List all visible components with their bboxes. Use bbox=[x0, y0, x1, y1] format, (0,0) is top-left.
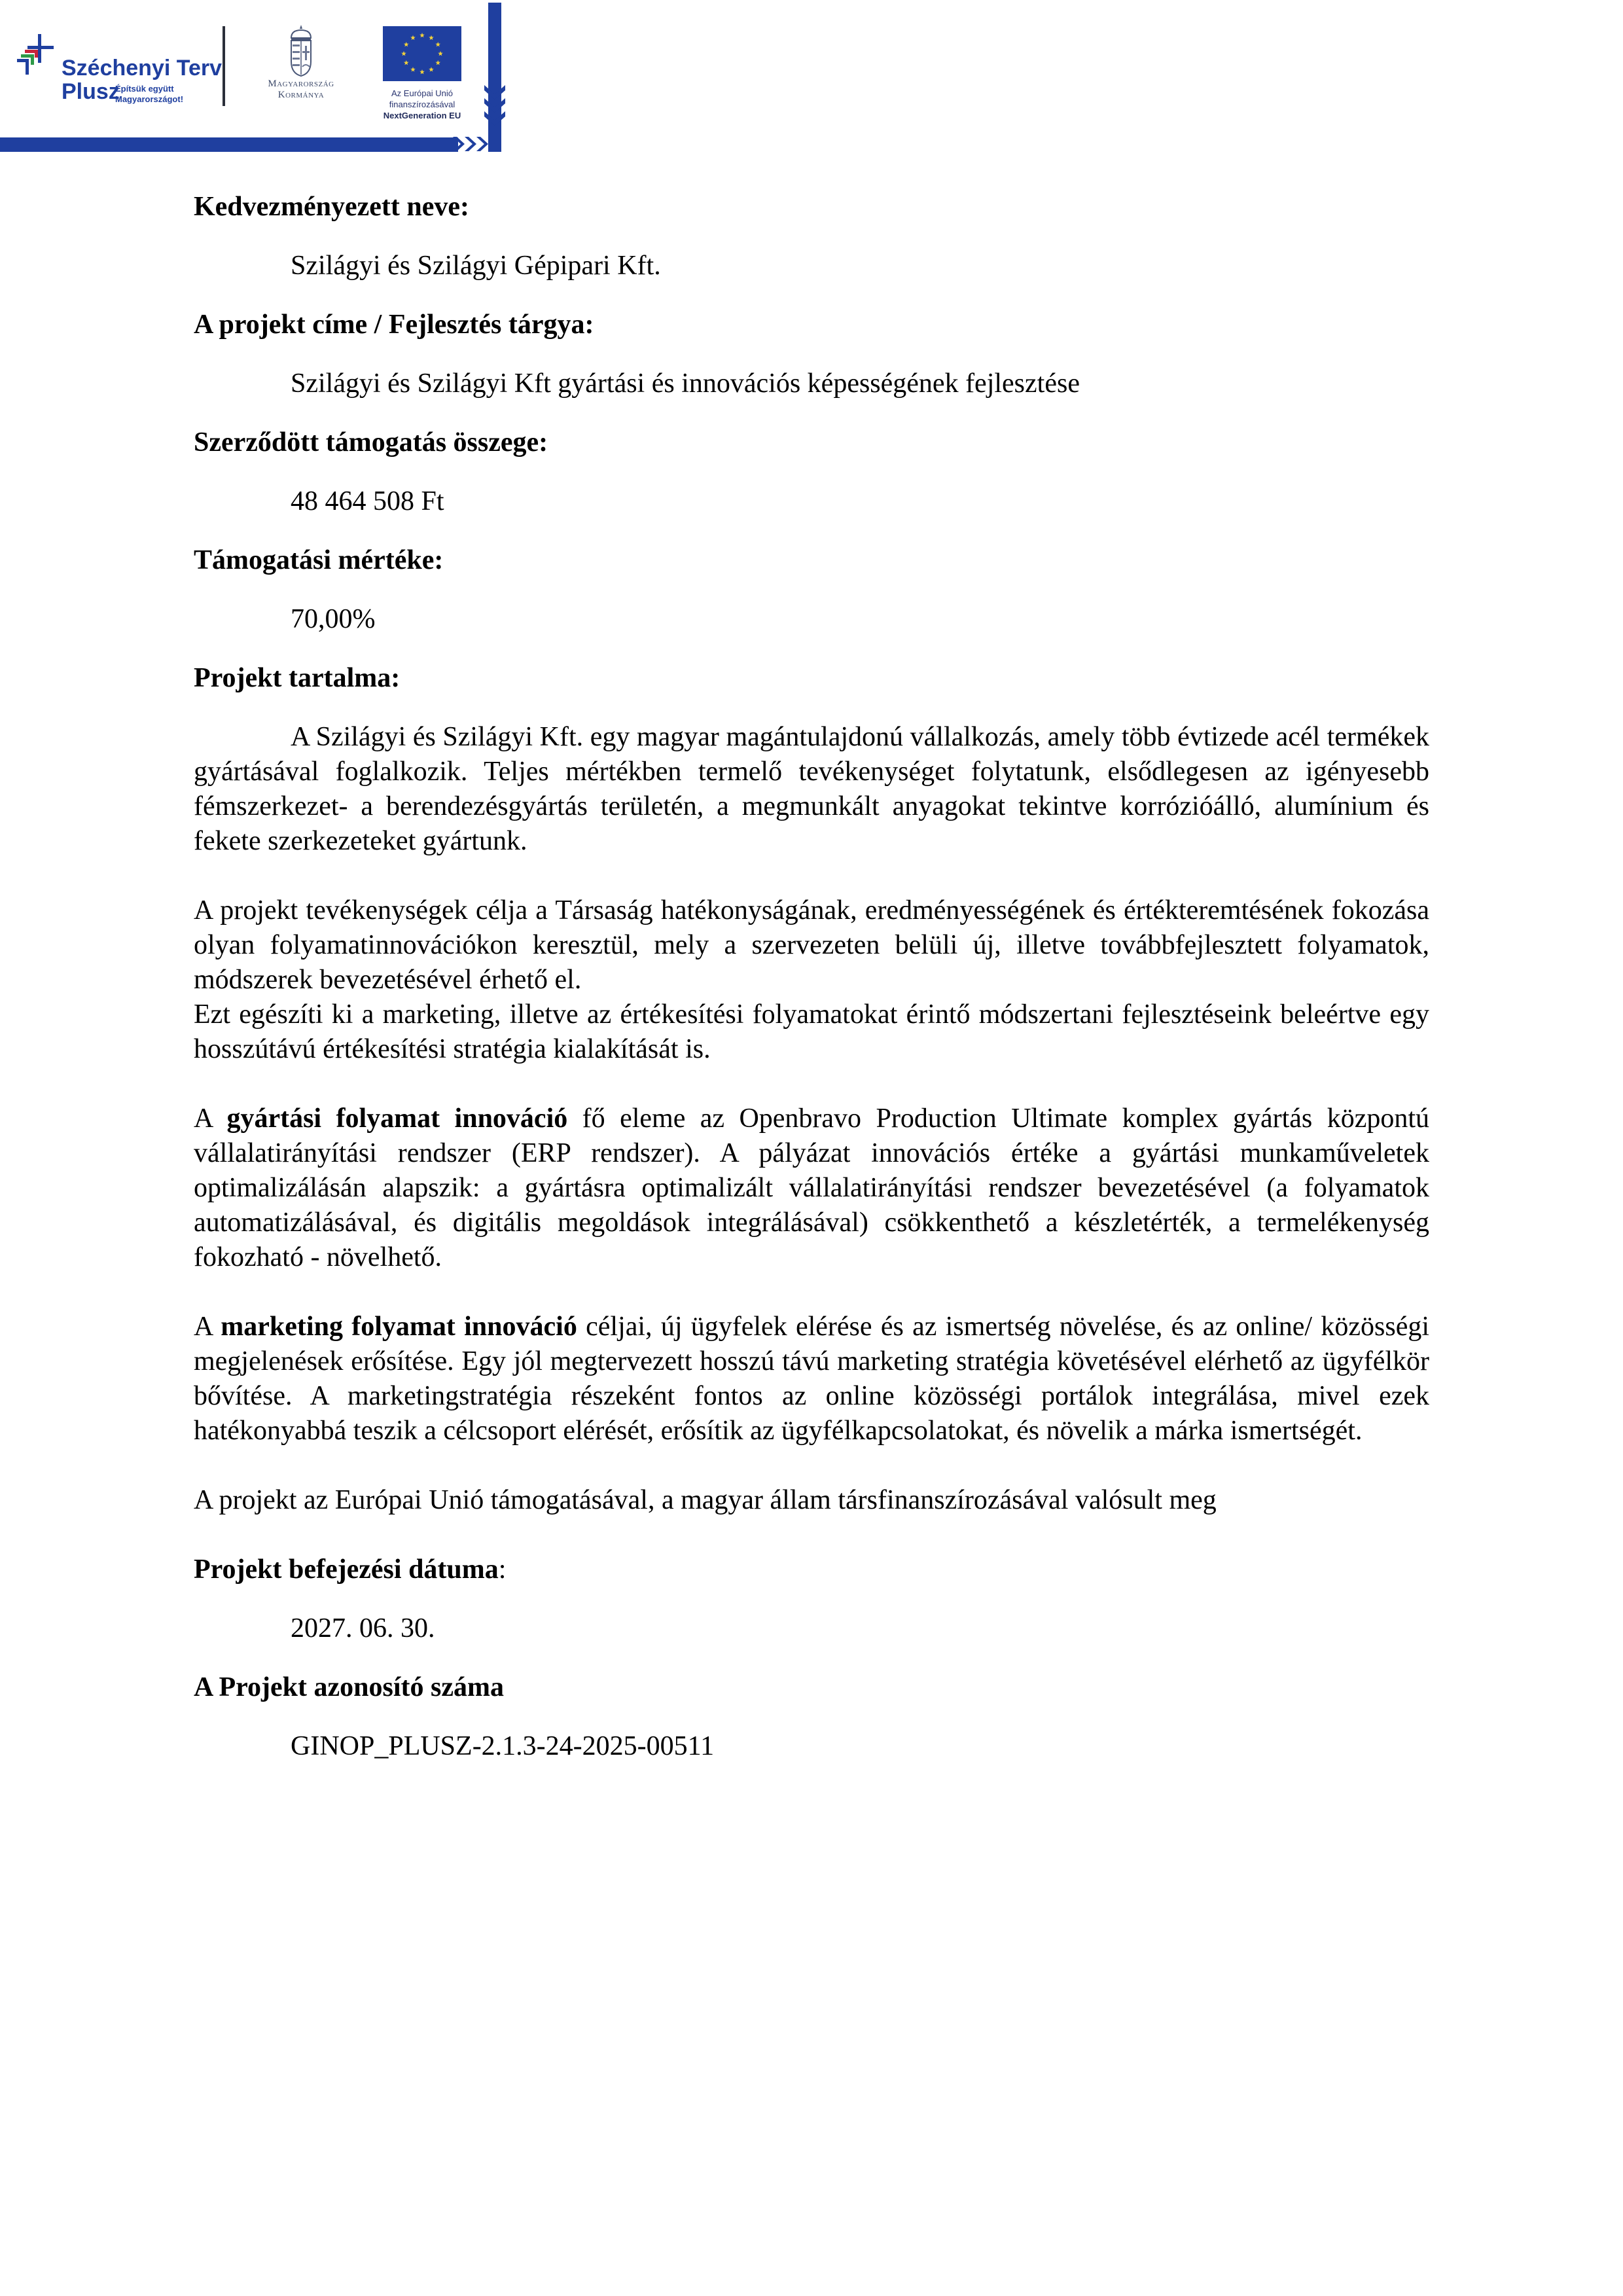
eu-stars-icon bbox=[383, 26, 461, 81]
project-title-value: Szilágyi és Szilágyi Kft gyártási és inn… bbox=[194, 367, 1429, 401]
content-paragraph-5: A marketing folyamat innováció céljai, ú… bbox=[194, 1310, 1429, 1448]
banner-horizontal-bar bbox=[0, 137, 458, 152]
header-banner: Széchenyi Terv Plusz Építsük együtt Magy… bbox=[0, 0, 510, 157]
beneficiary-value: Szilágyi és Szilágyi Gépipari Kft. bbox=[194, 249, 1429, 283]
content-paragraph-3: Ezt egészíti ki a marketing, illetve az … bbox=[194, 997, 1429, 1067]
szechenyi-tagline: Építsük együtt Magyarországot! bbox=[115, 84, 183, 105]
eu-funding-text: Az Európai Unió finanszírozásával NextGe… bbox=[373, 88, 471, 121]
szechenyi-cross-icon bbox=[17, 34, 56, 80]
szechenyi-tagline-line1: Építsük együtt bbox=[115, 84, 183, 94]
project-id-label: A Projekt azonosító száma bbox=[194, 1670, 1429, 1705]
content-paragraph-6: A projekt az Európai Unió támogatásával,… bbox=[194, 1483, 1429, 1518]
grant-amount-value: 48 464 508 Ft bbox=[194, 484, 1429, 519]
marketing-innovation-term: marketing folyamat innováció bbox=[221, 1312, 577, 1342]
production-innovation-term: gyártási folyamat innováció bbox=[226, 1103, 567, 1134]
government-text: Magyarország Kormánya bbox=[255, 79, 347, 101]
grant-rate-value: 70,00% bbox=[194, 602, 1429, 637]
government-line1: Magyarország bbox=[255, 79, 347, 90]
project-info-document: Kedvezményezett neve: Szilágyi és Szilág… bbox=[194, 190, 1429, 1764]
content-paragraph-4: A gyártási folyamat innováció fő eleme a… bbox=[194, 1102, 1429, 1275]
government-line2: Kormánya bbox=[255, 90, 347, 101]
szechenyi-tagline-line2: Magyarországot! bbox=[115, 94, 183, 105]
content-paragraph-2: A projekt tevékenységek célja a Társaság… bbox=[194, 893, 1429, 997]
eu-line3: NextGeneration EU bbox=[373, 110, 471, 121]
banner-vertical-bar bbox=[488, 3, 501, 152]
project-title-label: A projekt címe / Fejlesztés tárgya: bbox=[194, 308, 1429, 342]
grant-amount-label: Szerződött támogatás összege: bbox=[194, 425, 1429, 460]
project-id-value: GINOP_PLUSZ-2.1.3-24-2025-00511 bbox=[194, 1729, 1429, 1764]
end-date-value: 2027. 06. 30. bbox=[194, 1611, 1429, 1646]
chevron-right-icon bbox=[452, 134, 497, 154]
logo-divider bbox=[223, 26, 225, 106]
end-date-label: Projekt befejezési dátuma: bbox=[194, 1552, 1429, 1587]
hungarian-coat-of-arms-icon bbox=[286, 24, 316, 79]
content-paragraph-1: A Szilágyi és Szilágyi Kft. egy magyar m… bbox=[194, 720, 1429, 859]
project-content-label: Projekt tartalma: bbox=[194, 661, 1429, 696]
hungarian-government-logo: Magyarország Kormánya bbox=[255, 24, 347, 115]
szechenyi-plusz: Plusz bbox=[62, 80, 120, 103]
beneficiary-label: Kedvezményezett neve: bbox=[194, 190, 1429, 224]
eu-line1: Az Európai Unió bbox=[373, 88, 471, 99]
chevron-down-icon bbox=[483, 84, 507, 128]
szechenyi-title: Széchenyi Terv bbox=[62, 56, 222, 80]
eu-flag-icon bbox=[383, 26, 461, 81]
eu-nextgeneration-logo: Az Európai Unió finanszírozásával NextGe… bbox=[373, 26, 471, 121]
eu-line2: finanszírozásával bbox=[373, 99, 471, 110]
grant-rate-label: Támogatási mértéke: bbox=[194, 543, 1429, 578]
szechenyi-terv-plusz-logo: Széchenyi Terv Plusz Építsük együtt Magy… bbox=[17, 34, 213, 113]
